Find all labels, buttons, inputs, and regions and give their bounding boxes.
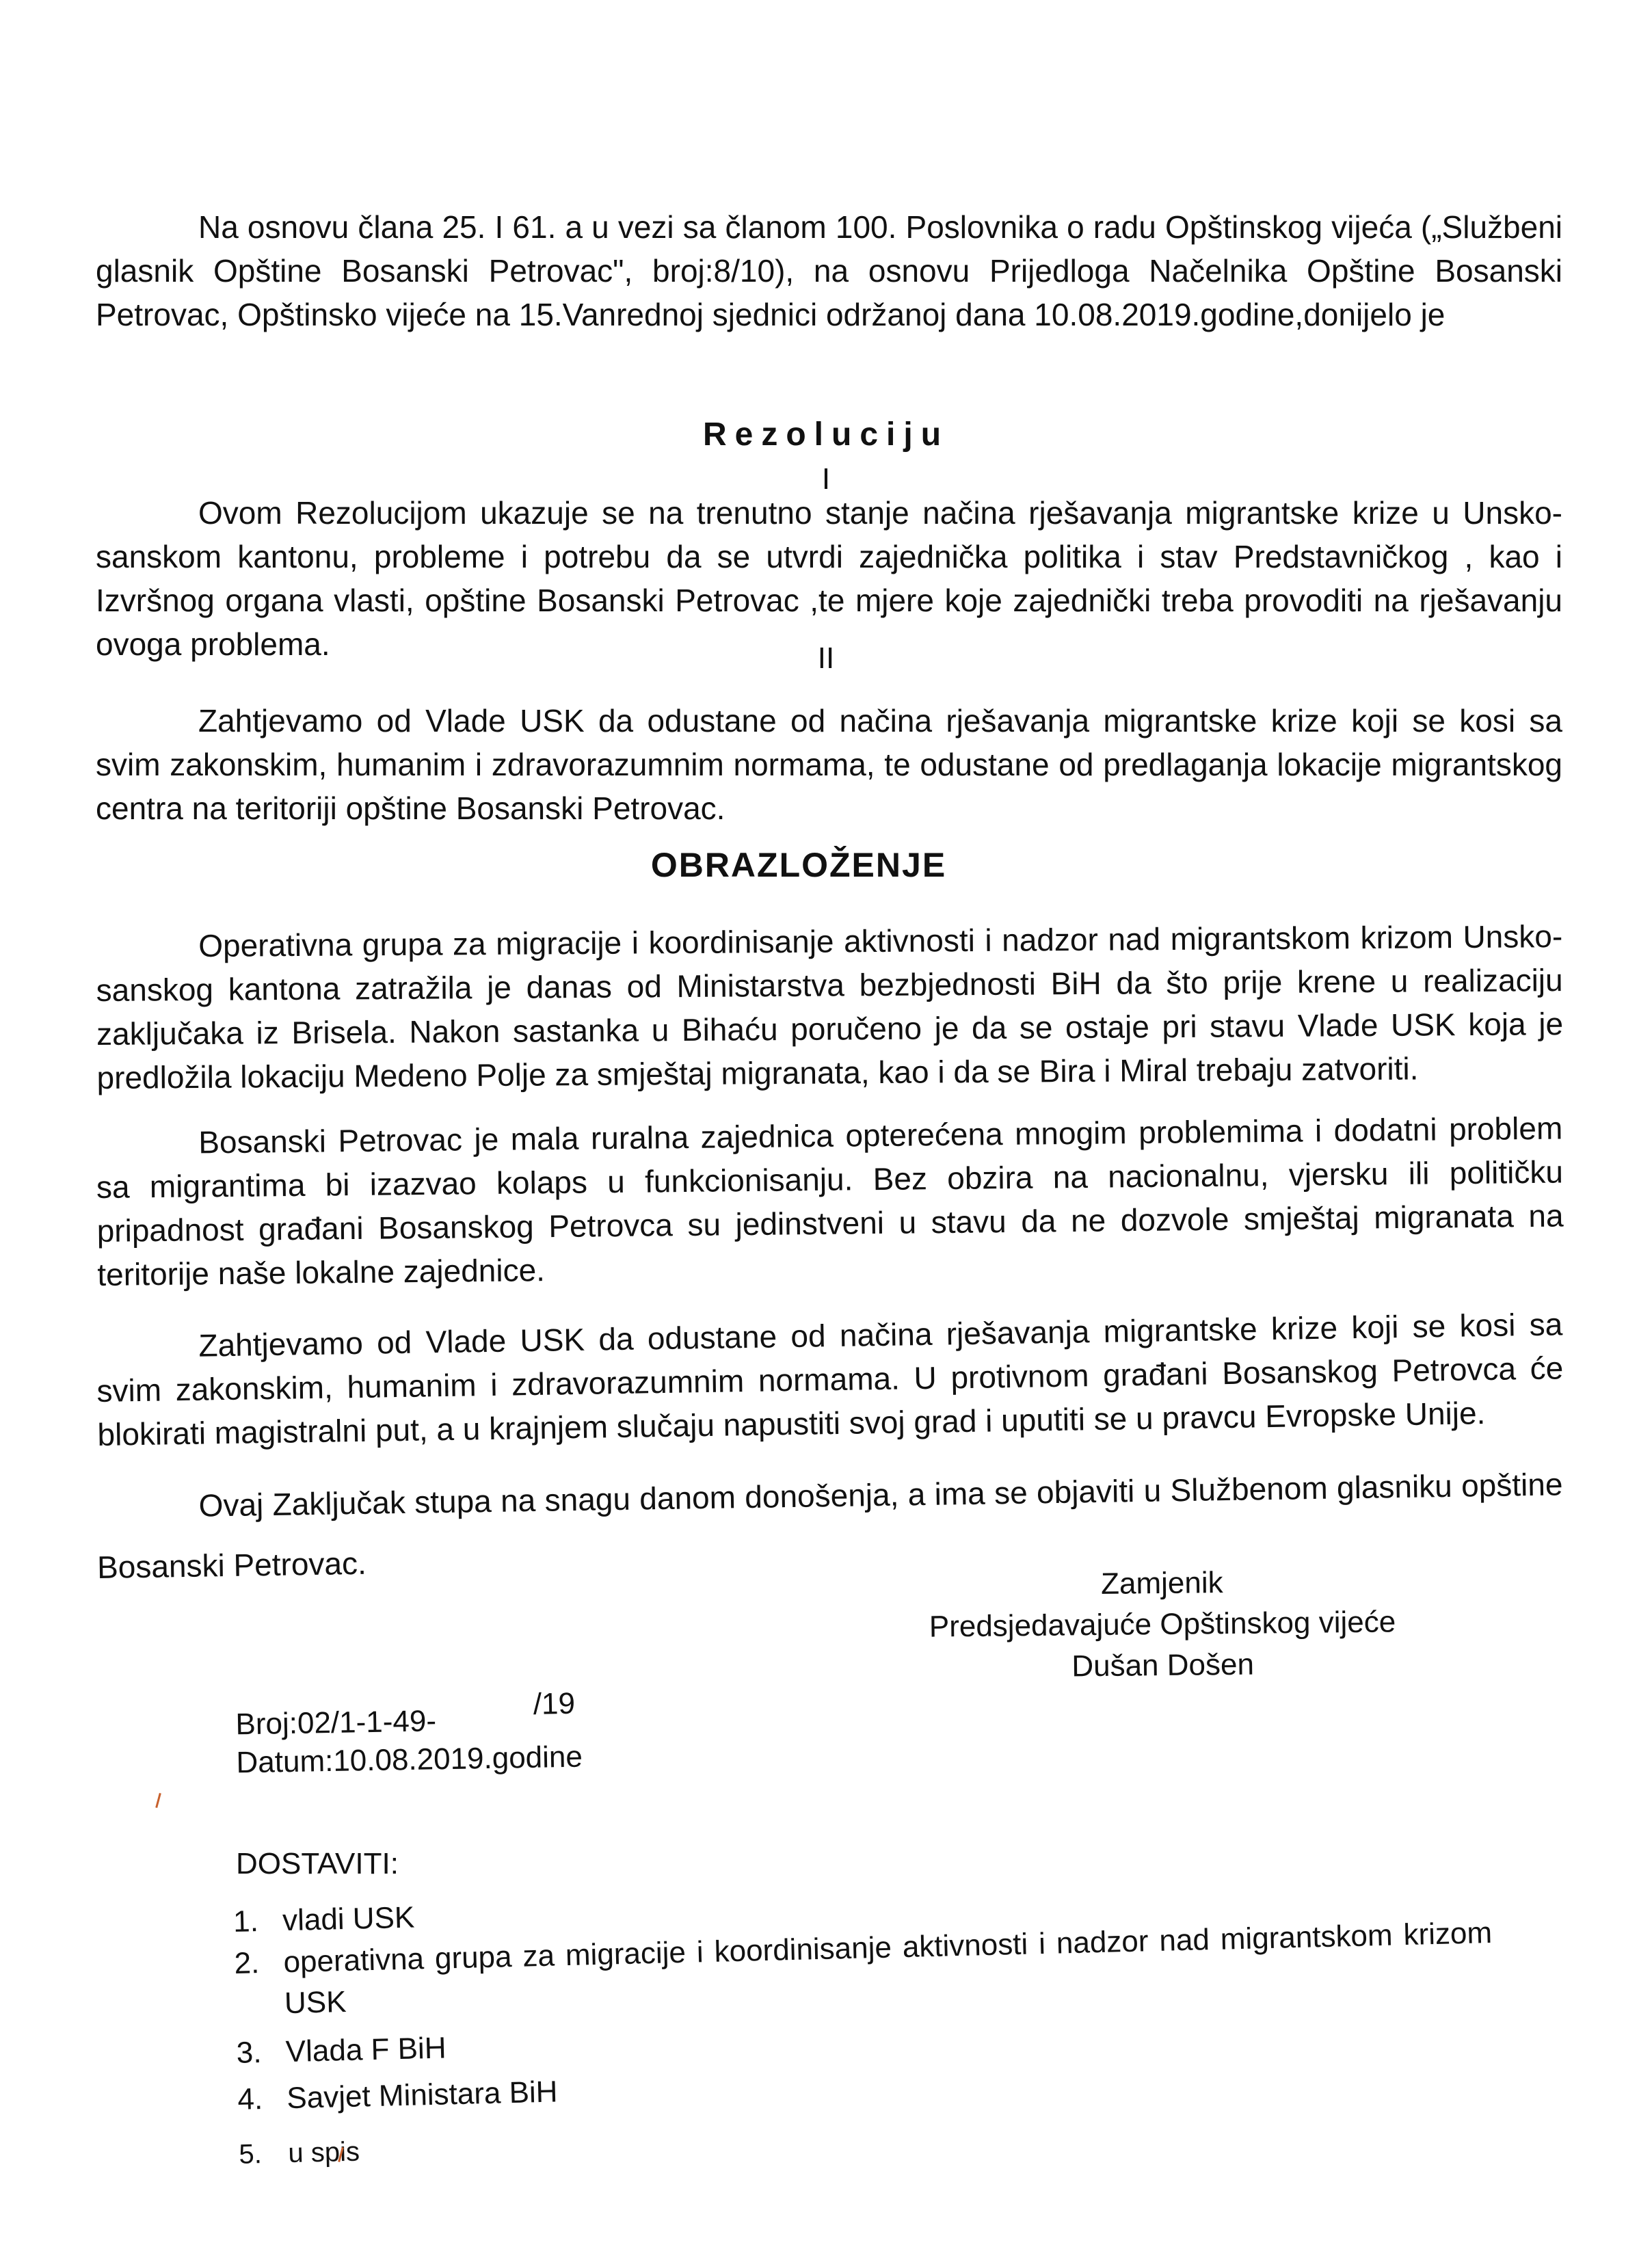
indent [96,957,198,957]
distribution-heading: DOSTAVITI: [236,1844,399,1885]
item-number: 5. [239,2132,289,2176]
explanation-title: OBRAZLOŽENJE [0,845,1625,885]
section-2-paragraph: Zahtjevamo od Vlade USK da odustane od n… [96,699,1562,830]
indent [96,1153,199,1154]
item-number: 3. [236,2031,286,2075]
item-number: 4. [237,2077,287,2121]
item-number: 1. [232,1900,282,1943]
signature-role: Predsjedavajuće Opštinskog vijeće [889,1601,1437,1648]
signature-block: Zamjenik Predsjedavajuće Opštinskog vije… [888,1560,1437,1689]
explanation-paragraph-1: Operativna grupa za migracije i koordini… [96,914,1564,1100]
reference-number: Broj:02/1-1-49- [235,1704,436,1741]
preamble-paragraph: Na osnovu člana 25. I 61. a u vezi sa čl… [96,205,1562,336]
preamble-text: Na osnovu člana 25. I 61. a u vezi sa čl… [96,209,1562,332]
document-title: Rezoluciju [0,416,1652,453]
item-number: 2. [234,1942,285,2025]
reference-date: Datum:10.08.2019.godine [236,1738,583,1783]
explanation-paragraph-2: Bosanski Petrovac je mala ruralna zajedn… [96,1106,1564,1296]
explanation-text-2: Bosanski Petrovac je mala ruralna zajedn… [96,1110,1564,1292]
reference-year-suffix: /19 [533,1687,575,1721]
explanation-text-1: Operativna grupa za migracije i koordini… [96,918,1563,1095]
reference-number-row: Broj:02/1-1-49- /19 [235,1700,582,1744]
indent [96,1357,199,1358]
explanation-text-3: Zahtjevamo od Vlade USK da odustane od n… [96,1306,1564,1452]
signature-name: Dušan Došen [889,1642,1437,1689]
reference-block: Broj:02/1-1-49- /19 Datum:10.08.2019.god… [235,1700,583,1783]
section-1-paragraph: Ovom Rezolucijom ukazuje se na trenutno … [96,491,1562,666]
section-2-text: Zahtjevamo od Vlade USK da odustane od n… [96,703,1562,826]
section-1-text: Ovom Rezolucijom ukazuje se na trenutno … [96,495,1562,662]
signature-title: Zamjenik [888,1560,1436,1607]
indent [96,1517,199,1518]
section-2-numeral: II [0,641,1652,676]
explanation-paragraph-3: Zahtjevamo od Vlade USK da odustane od n… [96,1302,1564,1456]
scan-ink-speck [155,1793,161,1808]
scanned-document-page: Na osnovu člana 25. I 61. a u vezi sa čl… [0,0,1652,2262]
distribution-list: 1. vladi USK 2. operativna grupa za migr… [232,1868,1579,2176]
